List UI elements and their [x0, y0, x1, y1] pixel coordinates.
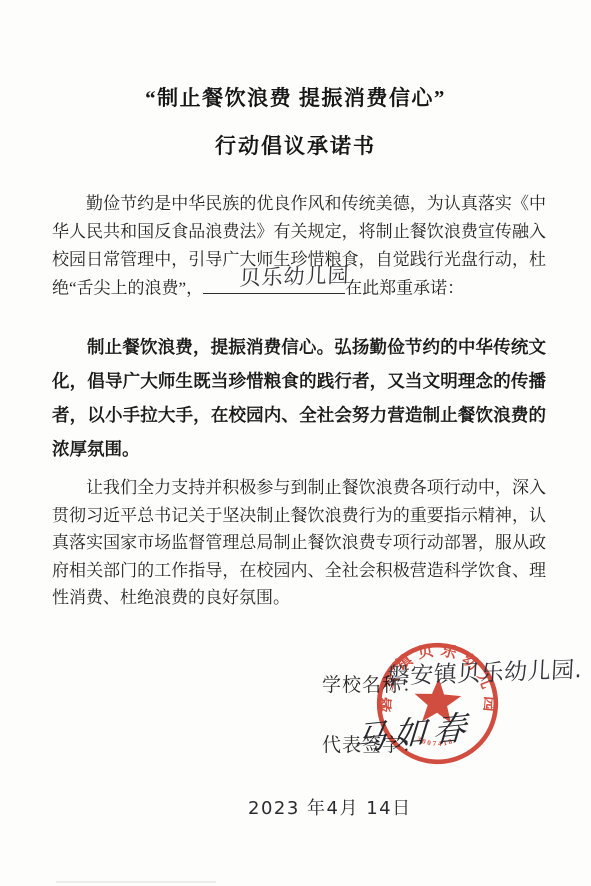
fill-in-blank-underline: 贝乐幼儿园 — [203, 274, 345, 294]
paragraph-action-pledge: 让我们全力支持并积极参与到制止餐饮浪费各项行动中，深入贯彻习近平总书记关于坚决制… — [52, 474, 546, 612]
date-line: 2023 年4月 14日 — [248, 794, 412, 820]
paragraph-commitment: 制止餐饮浪费，提振消费信心。弘扬勤俭节约的中华传统文化，倡导广大师生既当珍惜粮食… — [52, 331, 546, 467]
document-title-line1: “制止餐饮浪费 提振消费信心” — [0, 82, 591, 112]
handwritten-school-name-inline: 贝乐幼儿园 — [205, 261, 350, 293]
document-title-line2: 行动倡议承诺书 — [0, 130, 591, 160]
scan-shadow-artifact — [56, 881, 216, 883]
handwritten-school-name-signature: 磐安镇贝乐幼儿园. — [386, 651, 583, 691]
pledge-document-page: “制止餐饮浪费 提振消费信心” 行动倡议承诺书 勤俭节约是中华民族的优良作风和传… — [0, 0, 591, 886]
paragraph-intro: 勤俭节约是中华民族的优良作风和传统美德，为认真落实《中华人民共和国反食品浪费法》… — [52, 190, 546, 303]
paragraph-intro-text-after: 在此郑重承诺： — [345, 279, 464, 298]
